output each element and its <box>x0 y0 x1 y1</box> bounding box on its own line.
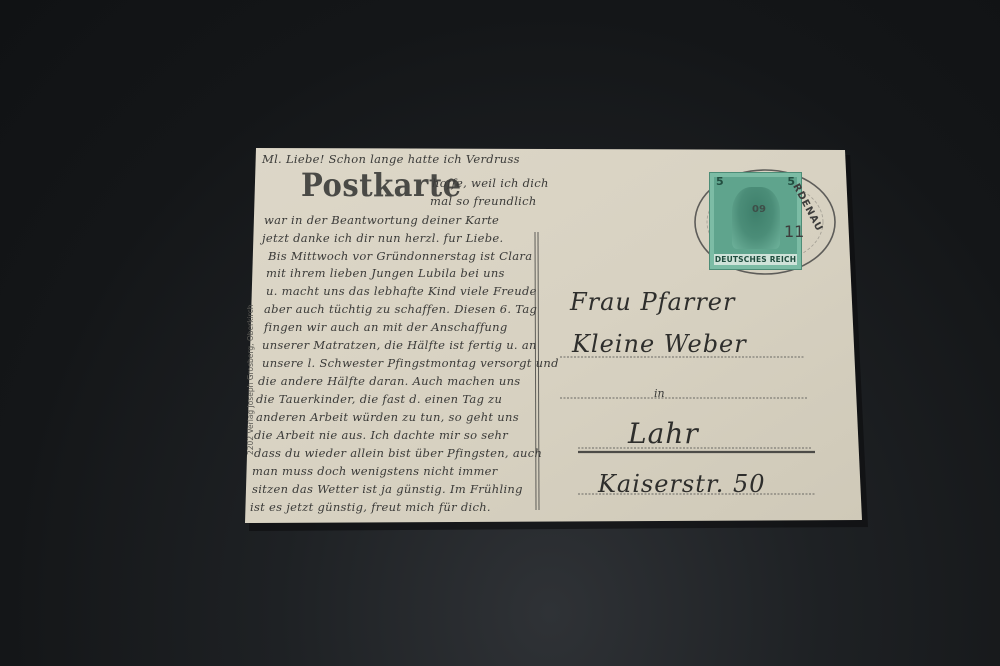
message-line: die andere Hälfte daran. Auch machen uns <box>258 376 520 388</box>
message-line: Bis Mittwoch vor Gründonnerstag ist Clar… <box>268 251 532 263</box>
message-line: hoffe, weil ich dich <box>432 178 549 190</box>
address-recipient: Frau Pfarrer <box>570 290 735 314</box>
address-name: Kleine Weber <box>572 332 747 356</box>
message-line: jetzt danke ich dir nun herzl. fur Liebe… <box>262 233 503 245</box>
message-line: unserer Matratzen, die Hälfte ist fertig… <box>262 340 537 352</box>
message-line: anderen Arbeit würden zu tun, so geht un… <box>256 412 519 424</box>
message-line: die Arbeit nie aus. Ich dachte mir so se… <box>254 430 508 442</box>
message-line: u. macht uns das lebhafte Kind viele Fre… <box>266 286 537 298</box>
message-line: ist es jetzt günstig, freut mich für dic… <box>250 502 491 514</box>
message-line: mit ihrem lieben Jungen Lubila bei uns <box>266 268 505 280</box>
message-line: Ml. Liebe! Schon lange hatte ich Verdrus… <box>262 154 520 166</box>
postmark-time: 11 <box>784 222 804 241</box>
message-line: man muss doch wenigstens nicht immer <box>252 466 498 478</box>
postmark-date: 09 <box>752 204 766 215</box>
message-line: dass du wieder allein bist über Pfingste… <box>254 448 542 460</box>
message-line: war in der Beantwortung deiner Karte <box>264 215 499 227</box>
message-line: die Tauerkinder, die fast d. einen Tag z… <box>256 394 502 406</box>
address-street: Kaiserstr. 50 <box>598 472 766 496</box>
address-preposition: in <box>654 388 665 399</box>
postcard: Postkarte 2202 Verlag Joseph Grosberg, O… <box>0 0 1000 666</box>
stamp-country: DEUTSCHES REICH <box>714 254 797 265</box>
message-line: mal so freundlich <box>430 196 537 208</box>
message-line: sitzen das Wetter ist ja günstig. Im Frü… <box>252 484 523 496</box>
message-line: unsere l. Schwester Pfingstmontag versor… <box>262 358 559 370</box>
postage-stamp: 5 5 DEUTSCHES REICH <box>709 172 802 270</box>
germania-figure-icon <box>732 187 780 249</box>
stamp-value-left: 5 <box>716 175 724 188</box>
message-line: fingen wir auch an mit der Anschaffung <box>264 322 508 334</box>
address-city: Lahr <box>628 420 699 448</box>
message-line: aber auch tüchtig zu schaffen. Diesen 6.… <box>264 304 537 316</box>
